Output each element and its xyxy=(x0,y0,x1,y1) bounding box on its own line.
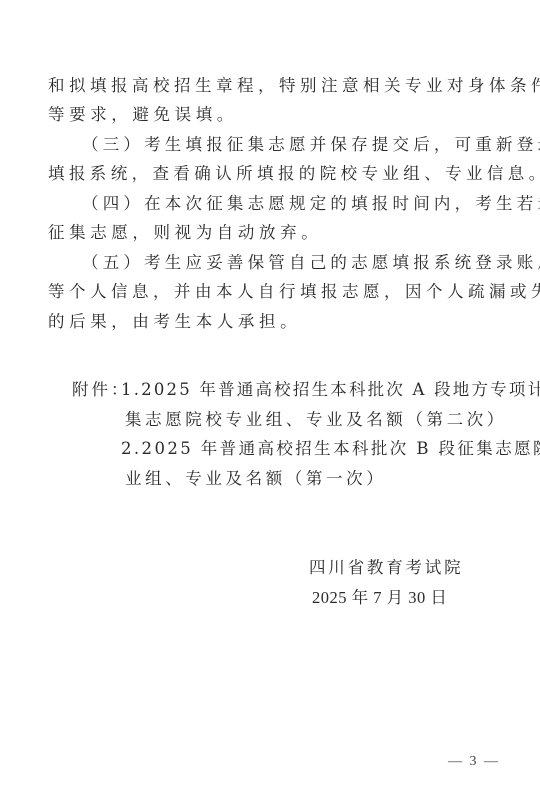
attachment-2-line-2: 业组、专业及名额（第一次） xyxy=(125,469,386,489)
body-line-4: 填报系统，查看确认所填报的院校专业组、专业信息。 xyxy=(48,164,540,184)
attachment-1-line-2: 集志愿院校专业组、专业及名额（第二次） xyxy=(125,410,507,430)
attachment-1-line-1: 1.2025 年普通高校招生本科批次 A 段地方专项计划征 xyxy=(121,380,540,400)
body-line-7: （五）考生应妥善保管自己的志愿填报系统登录账户密码 xyxy=(82,253,540,273)
body-line-9: 的后果，由考生本人承担。 xyxy=(48,312,301,332)
body-line-6: 征集志愿，则视为自动放弃。 xyxy=(48,223,322,243)
body-line-2: 等要求，避免误填。 xyxy=(48,105,238,125)
attachment-2-line-1: 2.2025 年普通高校招生本科批次 B 段征集志愿院校专 xyxy=(121,439,540,459)
body-line-8: 等个人信息，并由本人自行填报志愿，因个人疏漏或失误造成 xyxy=(48,282,540,302)
issuing-organization: 四川省教育考试院 xyxy=(309,558,463,578)
page-number: — 3 — xyxy=(448,754,500,770)
issue-date: 2025 年 7 月 30 日 xyxy=(312,588,447,608)
body-line-3: （三）考生填报征集志愿并保存提交后，可重新登录志愿 xyxy=(82,135,540,155)
body-line-1: 和拟填报高校招生章程，特别注意相关专业对身体条件、成绩 xyxy=(48,76,540,96)
body-line-5: （四）在本次征集志愿规定的填报时间内，考生若未填报 xyxy=(82,194,540,214)
